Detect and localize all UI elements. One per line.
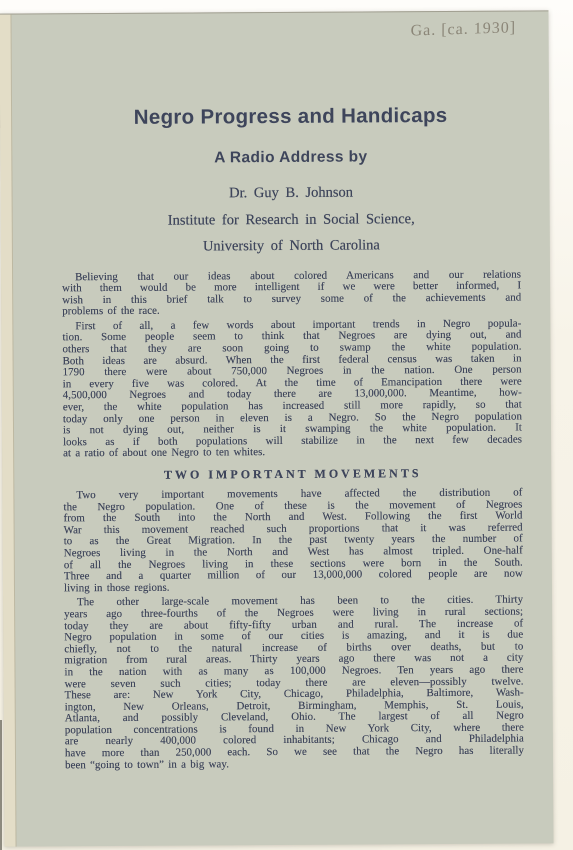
- paragraph-intro-1: Believing that our ideas about colored A…: [62, 269, 521, 318]
- paragraph-great-migration: Two very important movements have affect…: [63, 487, 523, 594]
- body-text: Believing that our ideas about colored A…: [62, 269, 524, 772]
- page-fold-edge: [0, 15, 17, 847]
- page-title: Negro Progress and Handicaps: [61, 104, 520, 131]
- text-line: at a ratio of about one Negro to ten whi…: [63, 446, 522, 460]
- text-line: problems of the race.: [62, 304, 521, 318]
- scanner-edge-shadow-bottom: [0, 720, 2, 850]
- subtitle: A Radio Address by: [61, 148, 520, 169]
- byline-institute: Institute for Research in Social Science…: [62, 205, 521, 234]
- byline-author: Dr. Guy B. Johnson: [61, 179, 520, 208]
- pamphlet-page: Ga. [ca. 1930] Negro Progress and Handic…: [0, 10, 554, 846]
- byline-university: University of North Carolina: [62, 232, 521, 261]
- paragraph-population-trends: First of all, a few words about importan…: [62, 318, 522, 460]
- handwritten-annotation: Ga. [ca. 1930]: [411, 19, 517, 40]
- page-content: Negro Progress and Handicaps A Radio Add…: [61, 104, 524, 772]
- paragraph-cities-movement: The other large-scale movement has been …: [64, 595, 524, 772]
- text-line: been “going to town” in a big way.: [65, 757, 524, 771]
- section-heading: TWO IMPORTANT MOVEMENTS: [63, 465, 522, 483]
- byline-block: Dr. Guy B. Johnson Institute for Researc…: [61, 179, 520, 261]
- text-line: living in those regions.: [64, 580, 523, 594]
